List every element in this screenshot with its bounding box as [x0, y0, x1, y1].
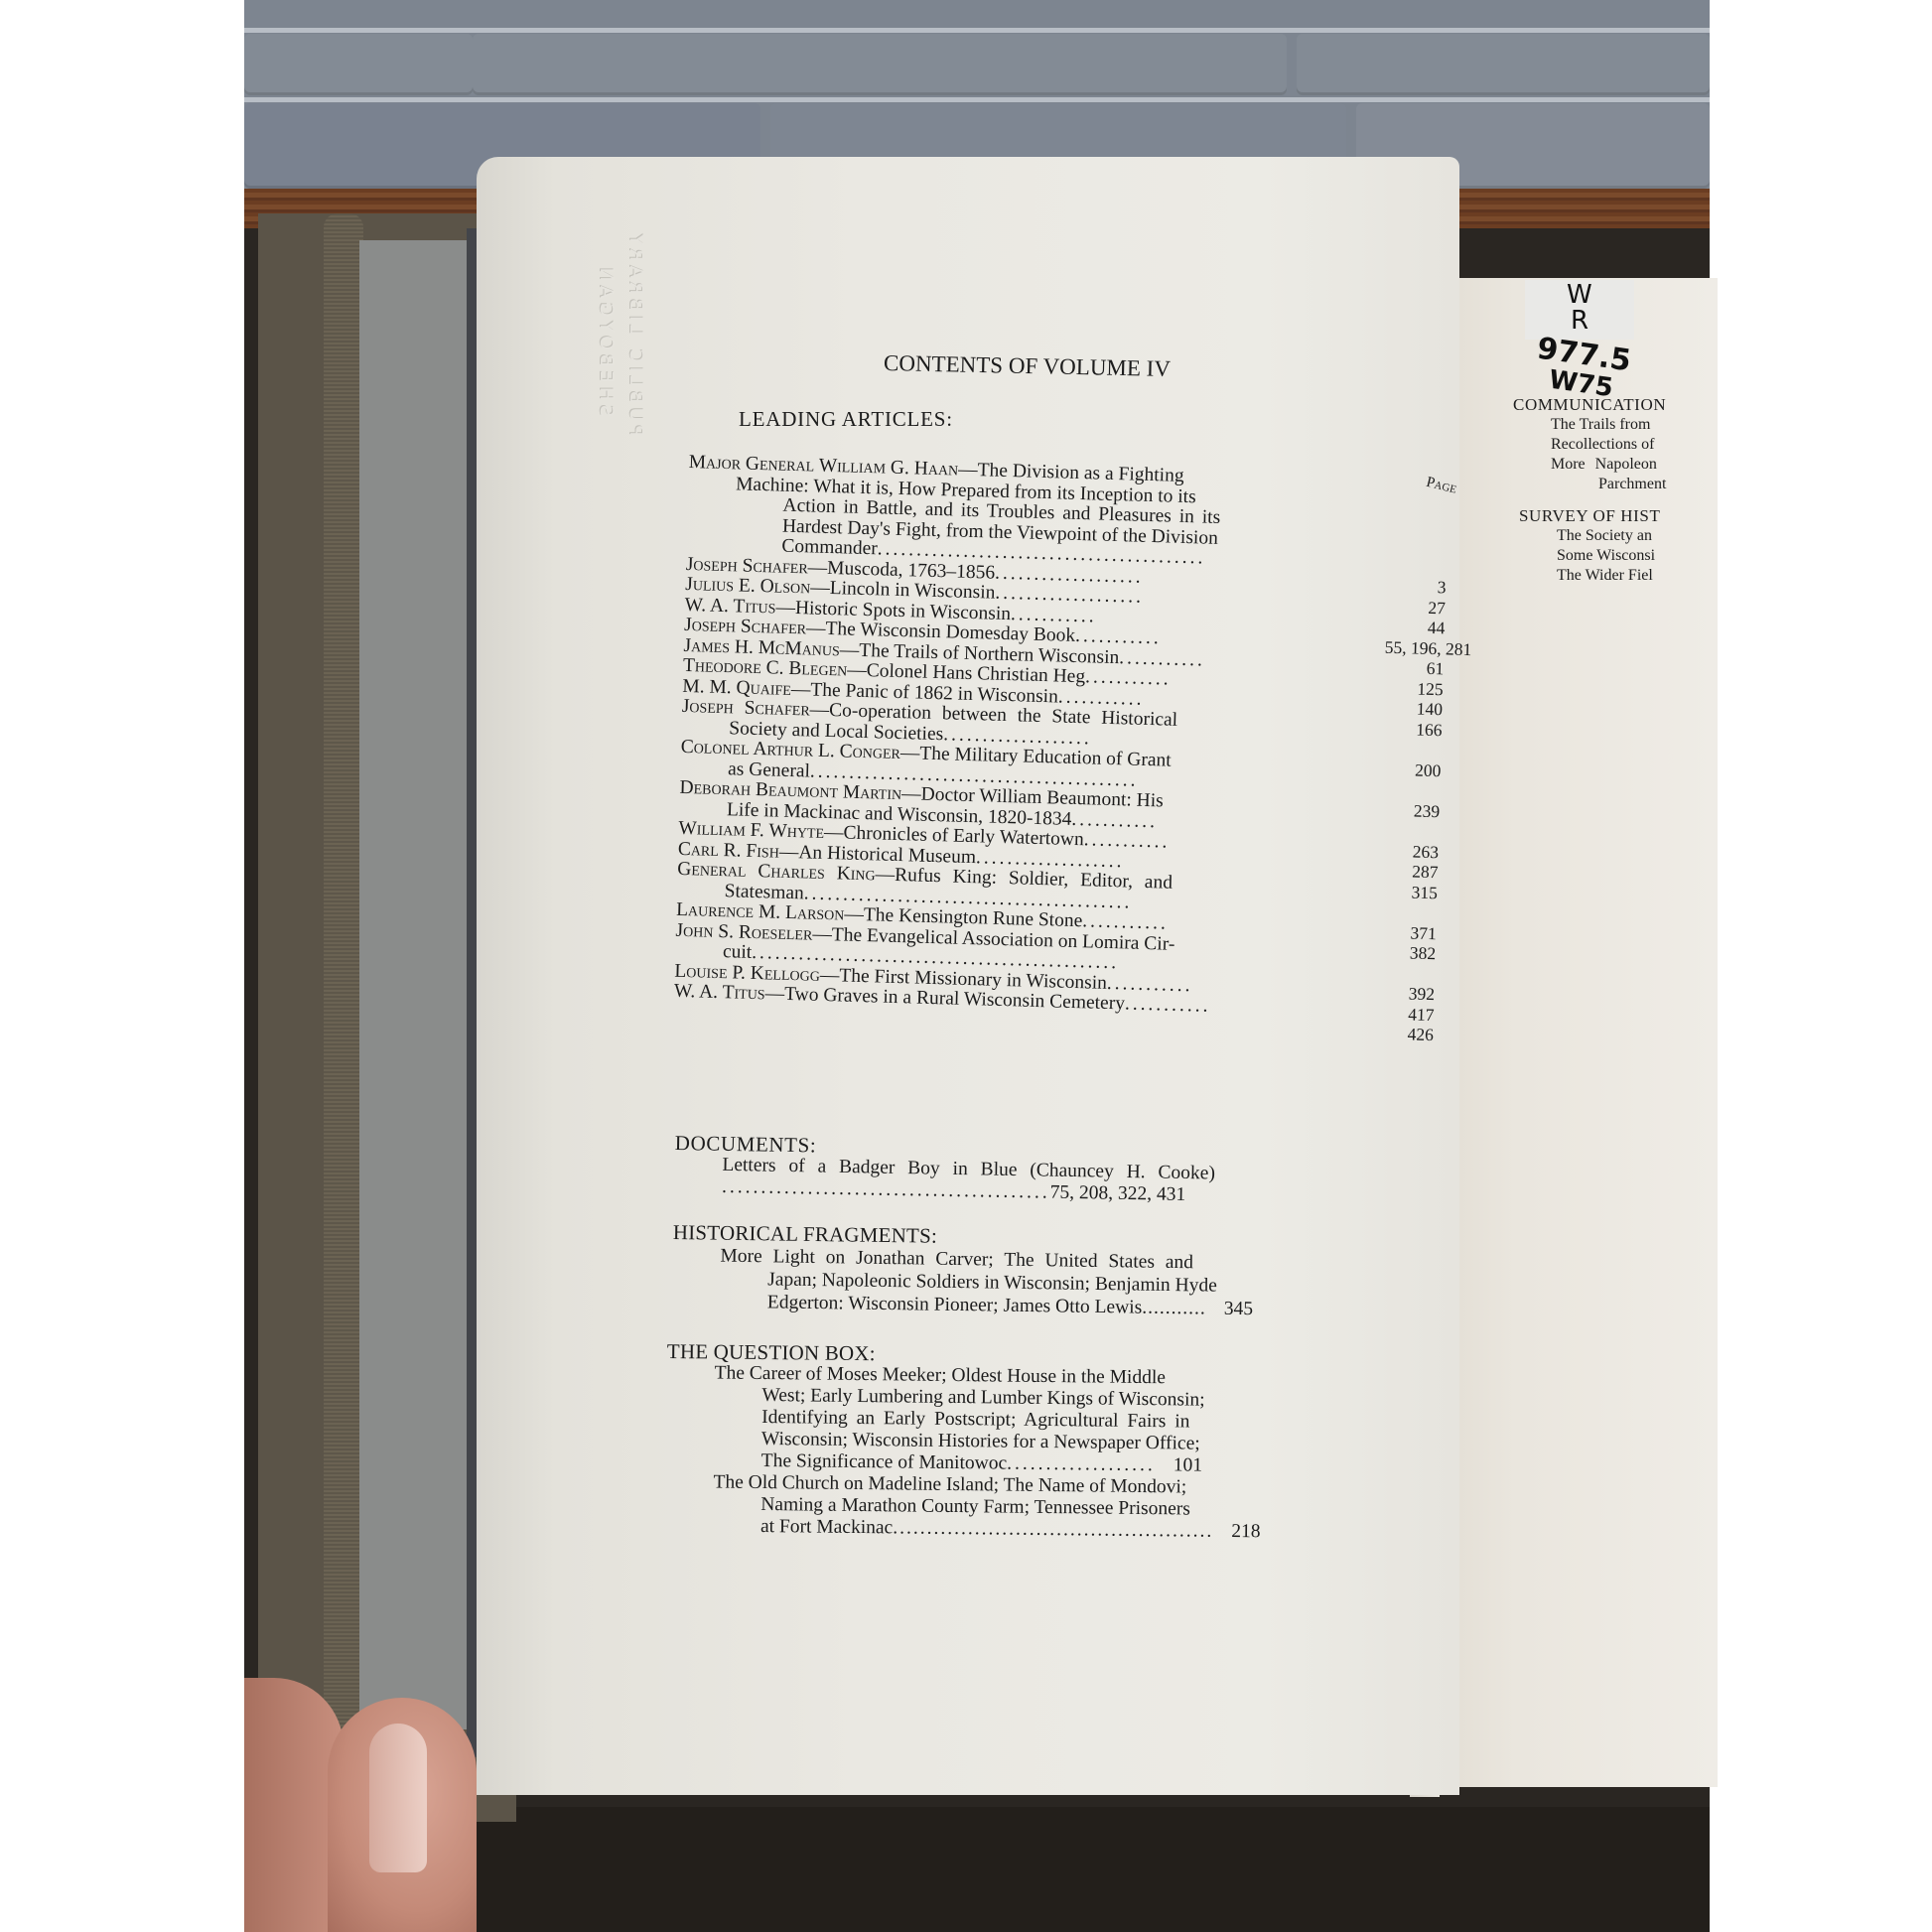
page-number: 417: [1374, 1003, 1435, 1025]
page-number: 75, 208, 322, 431: [1050, 1182, 1186, 1205]
page-number: 101: [1156, 1454, 1202, 1475]
page-number: 3: [1386, 576, 1447, 598]
question-box-section: THE QUESTION BOX: The Career of Moses Me…: [665, 1340, 1461, 1545]
article-title-cont: Edgerton: Wisconsin Pioneer; James Otto …: [767, 1292, 1143, 1317]
documents-section: DOCUMENTS: Letters of a Badger Boy in Bl…: [674, 1132, 1449, 1211]
article-title-cont: at Fort Mackinac: [760, 1516, 893, 1538]
article-title-cont: as General: [728, 759, 810, 781]
thumbnail: [369, 1724, 427, 1872]
page-number: 27: [1386, 596, 1447, 618]
leader-dots: ...........: [1125, 993, 1211, 1016]
leader-dots: ........................................…: [722, 1176, 1050, 1203]
page-number: 200: [1381, 759, 1442, 780]
toc-entries-block: Page Major General William G. Haan—The D…: [674, 453, 1424, 1023]
article-title-cont: cuit: [723, 941, 753, 963]
table-of-contents: CONTENTS OF VOLUME IV LEADING ARTICLES: …: [0, 0, 1932, 1932]
leader-dots: ...........: [1142, 1298, 1206, 1319]
page-number: 140: [1383, 698, 1444, 720]
page-column-label: Page: [1424, 473, 1458, 499]
author: W. A. Titus: [674, 981, 765, 1005]
page-number: 44: [1385, 617, 1446, 638]
page-number: 218: [1213, 1521, 1260, 1542]
page-number: 345: [1206, 1299, 1254, 1320]
page-number: 166: [1382, 718, 1443, 740]
page-number: 392: [1375, 983, 1436, 1005]
author: John S. Roeseler: [675, 919, 812, 944]
article-title-cont: Statesman: [724, 881, 804, 903]
page-title: CONTENTS OF VOLUME IV: [884, 350, 1171, 382]
page-number: 426: [1374, 1023, 1435, 1044]
page-numbers-column: 3 27 44 55, 196, 281 61 125 140 166 200 …: [1374, 576, 1447, 1045]
page-number: 371: [1377, 921, 1438, 943]
leader-dots: ........................................…: [893, 1517, 1213, 1541]
page-number: 125: [1383, 677, 1444, 699]
page-number: 239: [1380, 799, 1441, 821]
section-heading-leading-articles: LEADING ARTICLES:: [739, 407, 953, 432]
page-number: 382: [1376, 942, 1437, 964]
page-number: 55, 196, 281: [1385, 636, 1446, 658]
author: Joseph Schafer: [682, 696, 810, 721]
page-number: 263: [1379, 840, 1440, 862]
leader-dots: ...................: [1007, 1453, 1156, 1476]
page-number: 315: [1378, 881, 1439, 902]
page-number: 61: [1384, 657, 1445, 679]
historical-fragments-section: HISTORICAL FRAGMENTS: More Light on Jona…: [672, 1221, 1467, 1323]
article-title-cont: The Significance of Manitowoc: [761, 1450, 1008, 1474]
page-number: 287: [1378, 861, 1439, 883]
